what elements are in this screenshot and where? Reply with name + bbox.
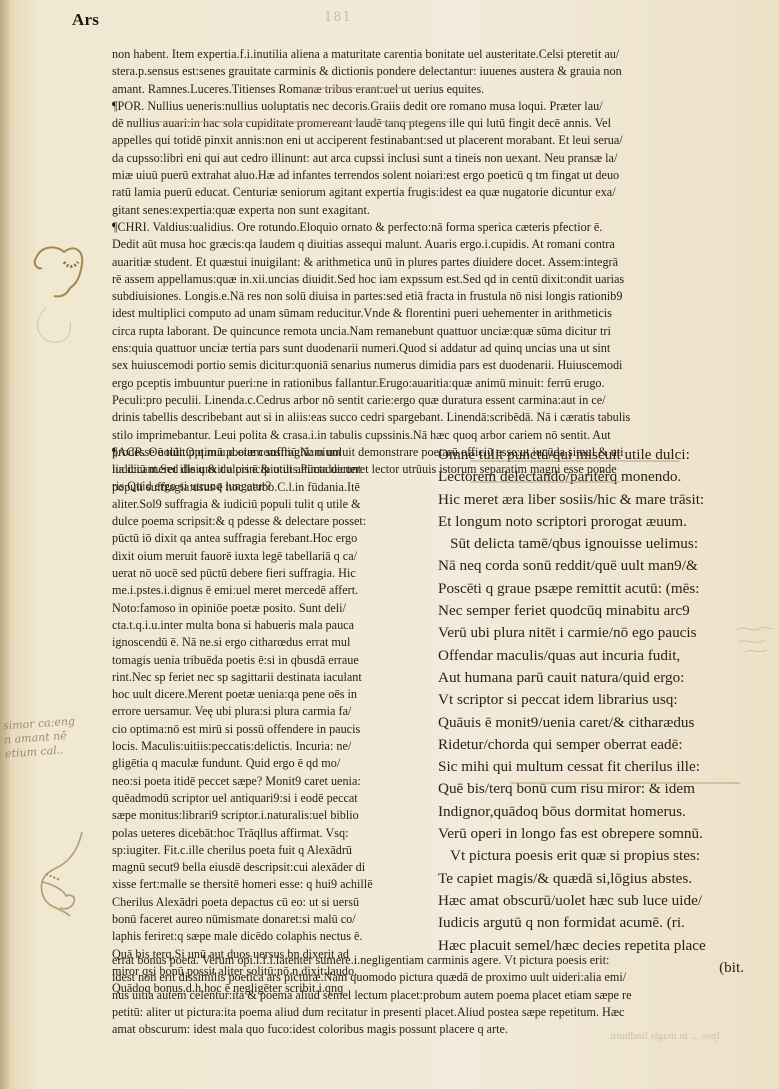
- commentary-line: Dedit aūt musa hoc græcis:qa laudem q di…: [112, 236, 762, 253]
- commentary-line: quēadmodū scriptor uel antiquari9:si i e…: [112, 790, 428, 807]
- commentary-line: polas ueteres dicebāt:hoc Trāqllus affir…: [112, 825, 428, 842]
- commentary-line: pūctū iō dixit qa antea suffragia fereba…: [112, 530, 428, 547]
- reader-underline: [470, 460, 680, 462]
- commentary-left-column: ¶ACR. Oē tulit.p.q.m.u.d.oium suffragiū:…: [112, 444, 428, 998]
- commentary-line: hoc uult dicere.Merent poetæ uenia:qa pe…: [112, 686, 428, 703]
- verse-line: Et longum noto scriptori prorogat æuum.: [438, 511, 768, 533]
- commentary-line: ¶CHRI. Valdius:ualidius. Ore rotundo.Elo…: [112, 219, 762, 236]
- verse-line: Iudicis argutū q non formidat acumē. (ri…: [438, 912, 768, 934]
- commentary-line: aliter.Sol9 suffragia & iudiciū populi t…: [112, 496, 428, 513]
- verse-line: Sūt delicta tamē/qbus ignouisse uelimus:: [438, 533, 768, 555]
- commentary-line: ¶ACR. Oē tulit.p.q.m.u.d.oium suffragiū:…: [112, 444, 428, 461]
- reader-underline: [510, 782, 740, 784]
- commentary-line: amant. Ramnes.Luceres.Titienses Romanæ t…: [112, 81, 762, 98]
- commentary-line: idest multiplici computo ad unam sūmam r…: [112, 305, 762, 322]
- reader-underline: [300, 87, 410, 89]
- commentary-line: ¶POR. Nullius ueneris:nullius uoluptatis…: [112, 98, 762, 115]
- commentary-line: stera.p.sensus est:senes grauitate carmi…: [112, 63, 762, 80]
- commentary-line: dē nullius auari:in hac sola cupiditate …: [112, 115, 762, 132]
- commentary-line: tomagis uenia tribuēda poetis ē:si in qb…: [112, 652, 428, 669]
- commentary-line: da cupsso:libri eni qui aut cedro illinu…: [112, 150, 762, 167]
- reader-underline: [470, 481, 620, 483]
- verse-line: Aut humana parū cauit natura/quid ergo:: [438, 667, 768, 689]
- verse-line: Poscēti q graue psæpe remittit acutū: (m…: [438, 578, 768, 600]
- verse-line: Verū operi in longo fas est obrepere som…: [438, 823, 768, 845]
- commentary-top-block: non habent. Item expertia.f.i.inutilia a…: [112, 46, 762, 496]
- marginal-handwritten-note: simor ca:eng n amant nē etium cal..: [3, 713, 106, 762]
- commentary-line: magnū secut9 bella eiusdē descripsit:cui…: [112, 859, 428, 876]
- marginal-scribble-icon: [735, 620, 775, 660]
- commentary-line: neo:si poeta itidē peccet sæpe? Monit9 c…: [112, 773, 428, 790]
- commentary-line: locis. Maculis:uitiis:peccatis:delictis.…: [112, 738, 428, 755]
- commentary-line: drinis tabellis describebant aut si in a…: [112, 409, 762, 426]
- commentary-line: petitū: aliter ut pictura:ita poema aliu…: [112, 1004, 762, 1021]
- commentary-line: laphis feriret:q sæpe male dicēdo colaph…: [112, 928, 428, 945]
- commentary-line: Peculi:pro peculii. Linenda.c.Cedrus arb…: [112, 392, 762, 409]
- commentary-line: stilo imprimebantur. Leui polita & crasa…: [112, 427, 762, 444]
- commentary-line: ergo pceptis imbuuntur pueri:ne in ratio…: [112, 375, 762, 392]
- marginal-doodle-hand-icon: [30, 830, 90, 930]
- manuscript-page: Ars 181 non habent. Item expertia.f.i.in…: [0, 0, 779, 1089]
- commentary-line: ens:quia quattuor unciæ tertia pars sunt…: [112, 340, 762, 357]
- commentary-line: populi suffragia:usus ē hoc uerbo.C.l.in…: [112, 479, 428, 496]
- verse-line: Ridetur/chorda qui semper oberrat eadē:: [438, 734, 768, 756]
- verse-line: Quāuis ē monit9/uenia caret/& citharædus: [438, 712, 768, 734]
- commentary-line: ratū lamia puerū educat. Centuriæ senior…: [112, 184, 762, 201]
- commentary-line: me.i.pstes.i.dignus ē emi:uel meret merc…: [112, 582, 428, 599]
- verse-line: Vt scriptor si peccat idem librarius usq…: [438, 689, 768, 711]
- verse-line: Vt pictura poesis erit quæ si propius st…: [438, 845, 768, 867]
- commentary-line: rint.Nec sp feriet nec sp sagittarii des…: [112, 669, 428, 686]
- commentary-line: circa rupta laborant. De quincunce remot…: [112, 323, 762, 340]
- verse-line: Nā neq corda sonū reddit/quē uult man9/&: [438, 555, 768, 577]
- commentary-line: dixit oium meruit fauorē iuxta legē tabe…: [112, 548, 428, 565]
- verse-line: Lectorem delectando/paritérq monendo.: [438, 466, 768, 488]
- commentary-line: rē assem appellamus:quæ in.xii.uncias di…: [112, 271, 762, 288]
- commentary-line: errore uersamur. Veę ubi plura:si plura …: [112, 703, 428, 720]
- commentary-line: gitant senes:expertia:quæ experta non su…: [112, 202, 762, 219]
- verse-line: Offendar maculis/quas aut incuria fudit,: [438, 645, 768, 667]
- verse-column: Omne tulit punctū/qui miscuit utile dulc…: [438, 444, 768, 979]
- commentary-line: bonū faceret aureo nūmismate donaret:si …: [112, 911, 428, 928]
- page-gutter-shadow: [0, 0, 10, 1089]
- running-head: Ars: [72, 10, 99, 30]
- commentary-line: sæpe monitus:librari9 scriptor.i.natural…: [112, 807, 428, 824]
- verse-line: Indignor,quādoq bōus dormitat homerus.: [438, 801, 768, 823]
- commentary-line: Noto:famoso in opiniōe poetæ posito. Sun…: [112, 600, 428, 617]
- commentary-line: auaritiæ student. Et quæstui inuigilant:…: [112, 254, 762, 271]
- verse-line: Hæc amat obscurū/uolet hæc sub luce uide…: [438, 890, 768, 912]
- commentary-line: xisse fert:malle se thersitē homeri esse…: [112, 876, 428, 893]
- verse-line: Te capiet magis/& quædā si,lōgius abstes…: [438, 868, 768, 890]
- commentary-line: sp:iugiter. Fit.c.ille cherilus poeta fu…: [112, 842, 428, 859]
- commentary-line: cio optima:nō est mirū si possū offender…: [112, 721, 428, 738]
- commentary-line: cta.t.q.i.u.inter multa bona si habueris…: [112, 617, 428, 634]
- commentary-line: subdiuisiones. Longis.e.Nā res non solū …: [112, 288, 762, 305]
- reader-underline: [150, 121, 450, 123]
- marginal-doodle-face-icon: [28, 238, 88, 348]
- verse-line: Sic mihi qui multum cessat fit cherilus …: [438, 756, 768, 778]
- commentary-line: errat bonus poeta. Verum opi.l.f.i.laten…: [112, 952, 762, 969]
- verse-line: Verū ubi plura nitēt i carmie/nō ego pau…: [438, 622, 768, 644]
- verse-line: Hic meret æra liber sosiis/hic & mare tr…: [438, 489, 768, 511]
- commentary-bottom-block: errat bonus poeta. Verum opi.l.f.i.laten…: [112, 952, 762, 1038]
- commentary-line: gligētia q maculæ fundunt. Quid ergo ē q…: [112, 755, 428, 772]
- commentary-line: iudiciū meret ille q & dulcis ē & utilis…: [112, 461, 428, 478]
- commentary-line: non habent. Item expertia.f.i.inutilia a…: [112, 46, 762, 63]
- commentary-line: dulce poema scripsit:& q pdesse & delect…: [112, 513, 428, 530]
- commentary-line: nus uitia autem celentur:ita & poema ali…: [112, 987, 762, 1004]
- commentary-line: sex huiuscemodi portio semis dicitur:quo…: [112, 357, 762, 374]
- commentary-line: idest non erit dissimilis poetica ars pi…: [112, 969, 762, 986]
- commentary-line: miæ uiuū puerū extrahat aluo.Hæ ad infan…: [112, 167, 762, 184]
- commentary-line: appelles qui totidē pinxit annis:non eni…: [112, 132, 762, 149]
- verse-line: Omne tulit punctū/qui miscuit utile dulc…: [438, 444, 768, 466]
- show-through-text: Ipse ... in magis lindhurn: [420, 1030, 720, 1042]
- folio-number: 181: [324, 10, 352, 25]
- commentary-line: Cherilus Alexādri poeta depactus cū eo: …: [112, 894, 428, 911]
- commentary-line: uerat nō uocē sed pūctū debere fieri suf…: [112, 565, 428, 582]
- verse-line: Nec semper feriet quodcūq minabitu arc9: [438, 600, 768, 622]
- commentary-line: ignoscendū ē. Nā ne.si ergo citharœdus e…: [112, 634, 428, 651]
